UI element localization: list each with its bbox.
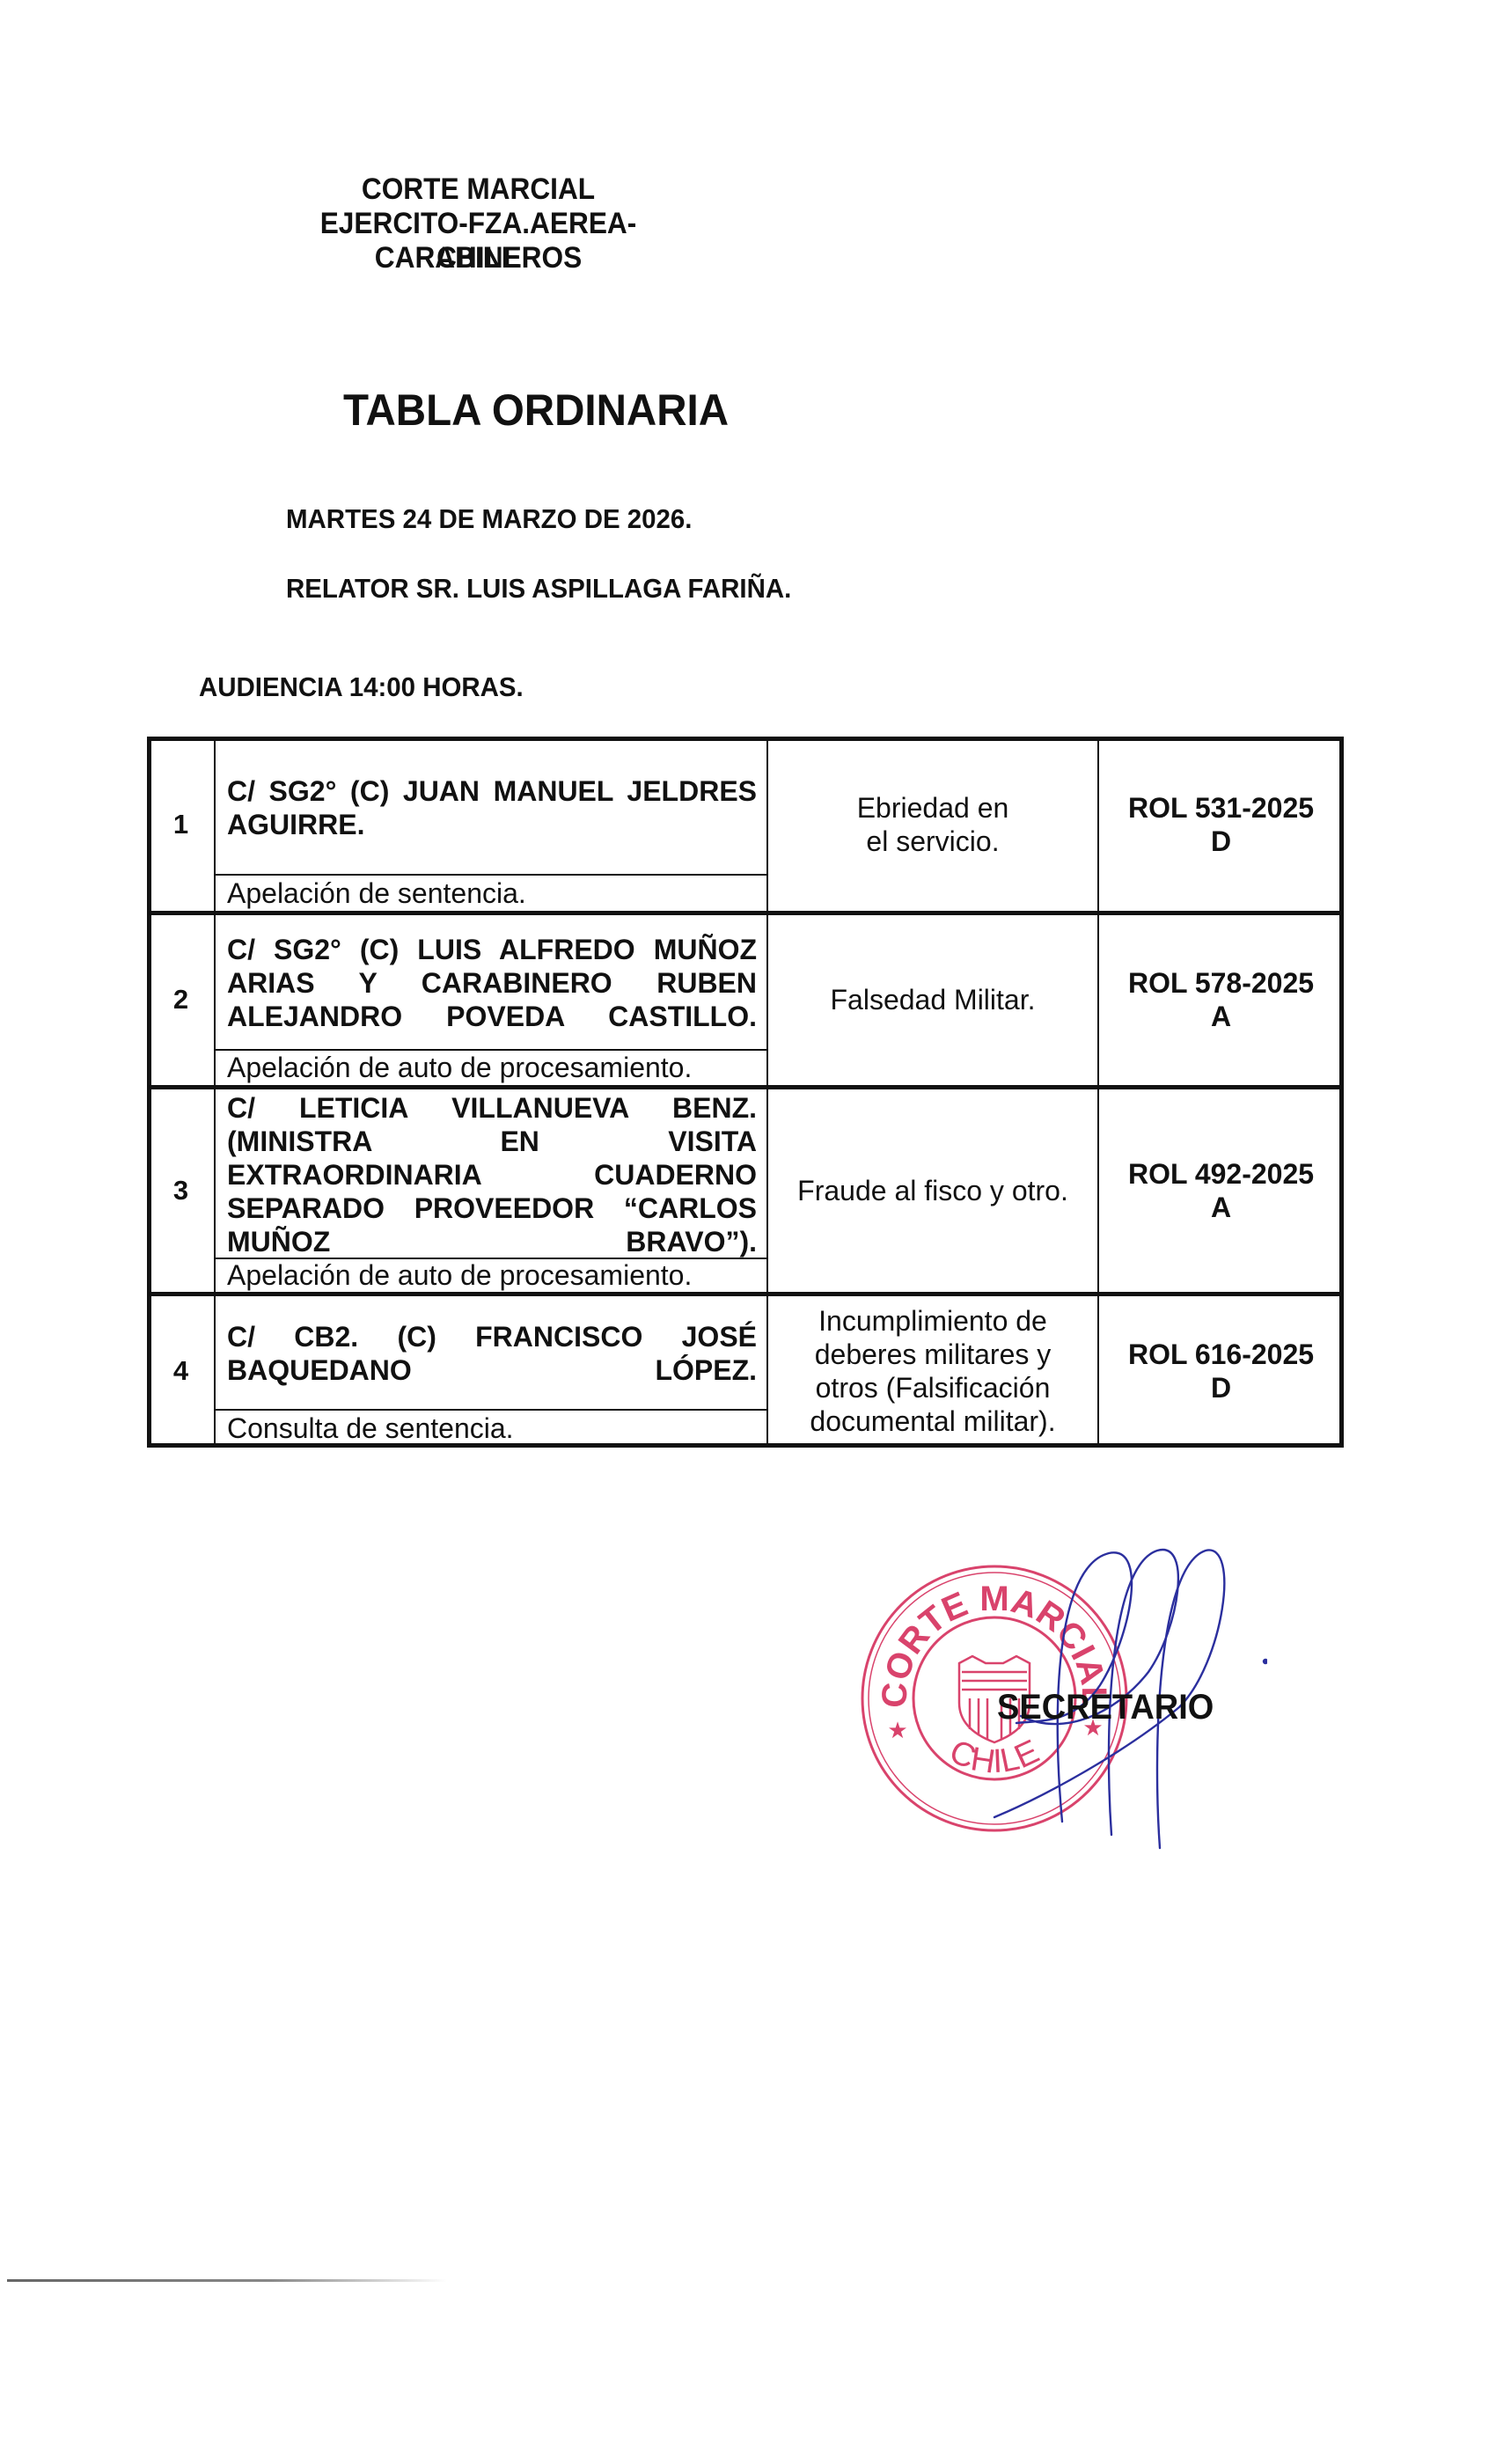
- rol-number: ROL 531-2025: [1128, 791, 1314, 825]
- case-offense: Falsedad Militar.: [767, 913, 1098, 1087]
- case-number: 2: [147, 913, 215, 1087]
- case-parties: C/ LETICIA VILLANUEVA BENZ. (MINISTRA EN…: [215, 1090, 767, 1258]
- star-icon: ★: [887, 1717, 907, 1743]
- case-parties-text: C/ LETICIA VILLANUEVA BENZ. (MINISTRA EN…: [227, 1091, 757, 1258]
- case-rol: ROL 616-2025D: [1098, 1294, 1344, 1448]
- case-parties-text: C/ CB2. (C) FRANCISCO JOSÉ BAQUEDANO LÓP…: [227, 1320, 757, 1387]
- case-procedure: Consulta de sentencia.: [215, 1410, 767, 1446]
- case-offense: Fraude al fisco y otro.: [767, 1087, 1098, 1294]
- case-rol: ROL 492-2025A: [1098, 1087, 1344, 1294]
- case-procedure: Apelación de auto de procesamiento.: [215, 1258, 767, 1292]
- rol-suffix: A: [1128, 1191, 1314, 1224]
- relator: RELATOR SR. LUIS ASPILLAGA FARIÑA.: [286, 573, 791, 605]
- case-number: 1: [147, 737, 215, 913]
- rol-number: ROL 492-2025: [1128, 1157, 1314, 1191]
- case-parties-text: C/ SG2° (C) JUAN MANUEL JELDRES AGUIRRE.: [227, 774, 757, 841]
- secretario-label: SECRETARIO: [997, 1688, 1214, 1727]
- court-name: CORTE MARCIAL: [224, 172, 733, 207]
- case-rol: ROL 531-2025D: [1098, 737, 1344, 913]
- case-offense: Incumplimiento de deberes militares y ot…: [767, 1294, 1098, 1448]
- session-date: MARTES 24 DE MARZO DE 2026.: [286, 503, 693, 535]
- rol-suffix: D: [1128, 825, 1314, 858]
- audiencia-time: AUDIENCIA 14:00 HORAS.: [199, 671, 524, 703]
- case-number: 3: [147, 1087, 215, 1294]
- page-title: TABLA ORDINARIA: [343, 384, 729, 436]
- court-country: CHILE: [224, 241, 733, 275]
- rol-number: ROL 616-2025: [1128, 1338, 1314, 1371]
- case-procedure: Apelación de sentencia.: [215, 875, 767, 911]
- case-number: 4: [147, 1294, 215, 1448]
- case-procedure: Apelación de auto de procesamiento.: [215, 1050, 767, 1085]
- stamp-bottom-text: CHILE: [944, 1733, 1045, 1780]
- case-parties-text: C/ SG2° (C) LUIS ALFREDO MUÑOZ ARIAS Y C…: [227, 933, 757, 1033]
- case-offense: Ebriedad en el servicio.: [767, 737, 1098, 913]
- rol-number: ROL 578-2025: [1128, 966, 1314, 1000]
- case-rol: ROL 578-2025A: [1098, 913, 1344, 1087]
- cases-table: 1C/ SG2° (C) JUAN MANUEL JELDRES AGUIRRE…: [147, 737, 1344, 1448]
- case-parties: C/ SG2° (C) JUAN MANUEL JELDRES AGUIRRE.: [215, 740, 767, 875]
- page-rule: [7, 2279, 447, 2282]
- case-parties: C/ CB2. (C) FRANCISCO JOSÉ BAQUEDANO LÓP…: [215, 1297, 767, 1410]
- rol-suffix: A: [1128, 1000, 1314, 1033]
- case-parties: C/ SG2° (C) LUIS ALFREDO MUÑOZ ARIAS Y C…: [215, 916, 767, 1050]
- rol-suffix: D: [1128, 1371, 1314, 1404]
